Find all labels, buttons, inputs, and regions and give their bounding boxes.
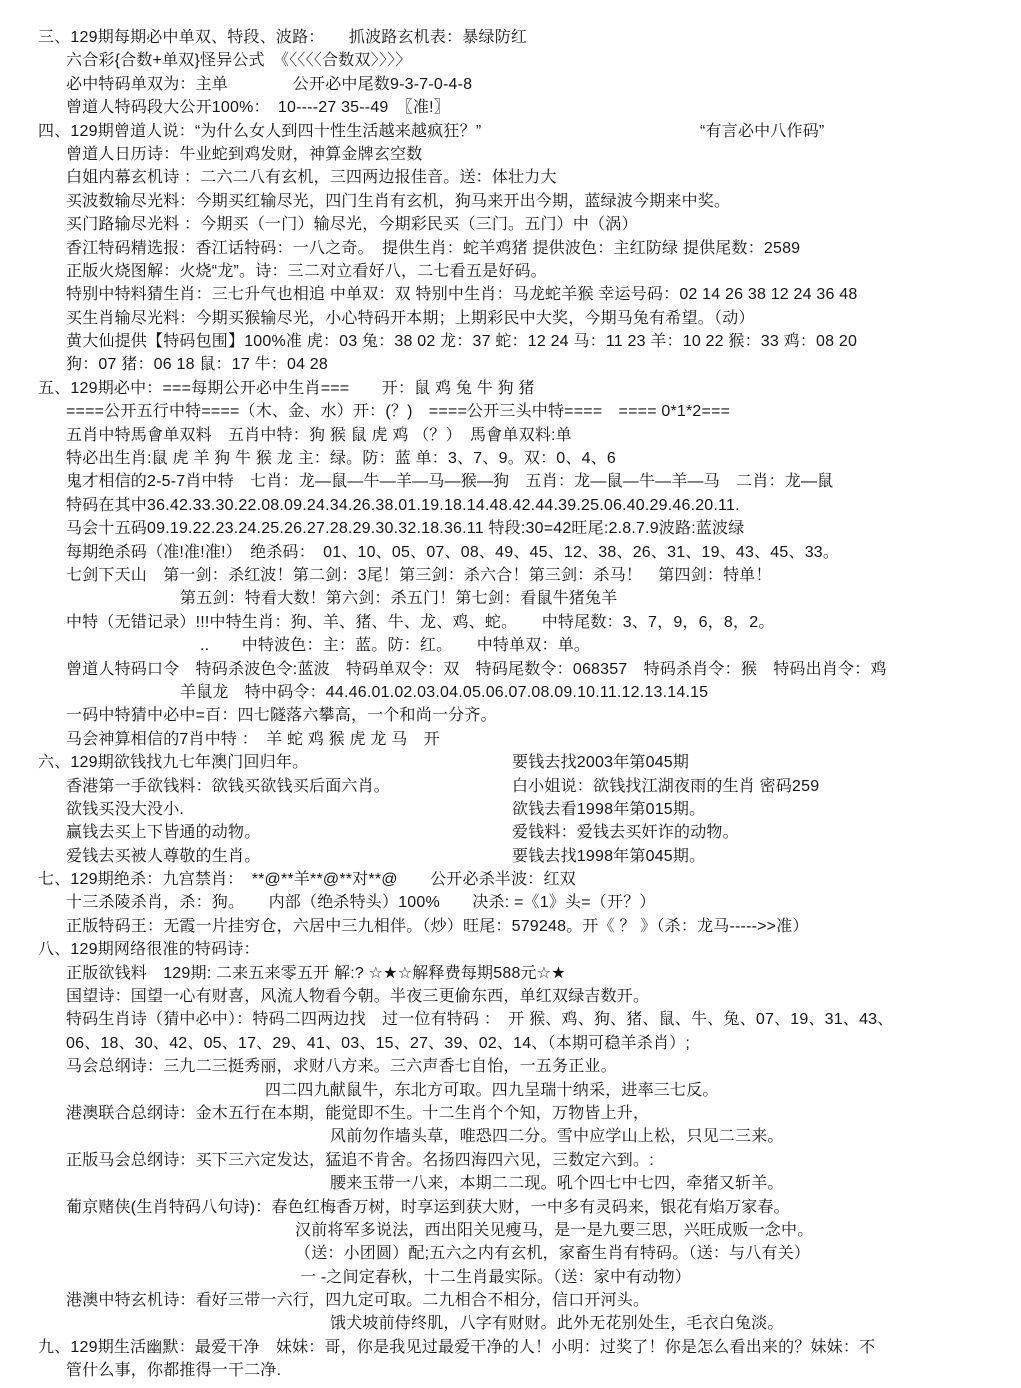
text-line: 曾道人日历诗：牛业蛇到鸡发财，神算金牌玄空数: [66, 143, 1021, 166]
section-5: 五、129期必中：===每期公开必中生肖=== 开：鼠 鸡 兔 牛 狗 猪 ==…: [38, 377, 1021, 751]
text-line: 六合彩{合数+单双}怪异公式 《〈〈〈〈合数双〉〉〉〉: [66, 49, 1021, 72]
text-line: 特必出生肖:鼠 虎 羊 狗 牛 猴 龙 主：绿。防：蓝 单：3、7、9。双：0、…: [66, 447, 1021, 470]
left-column-text: 爱钱去买被人尊敬的生肖。: [66, 845, 512, 868]
text-line: 06、18、30、42、05、17、29、41、03、15、27、39、02、1…: [66, 1032, 1021, 1055]
text-line: 马会总纲诗：三九二三挺秀丽，求财八方来。三六声香七自怡，一五务正业。: [66, 1055, 1021, 1078]
text-line: 曾道人特码口令 特码杀波色令:蓝波 特码单双令：双 特码尾数令：068357 特…: [66, 658, 1021, 681]
text-line: 买门路输尽光料 ：今期买（一门）输尽光，今期彩民买（三门。五门）中（涡）: [66, 213, 1021, 236]
text-line: 狗：07 猪：06 18 鼠：17 牛：04 28: [66, 353, 1021, 376]
text-line: 曾道人特码段大公开100%： 10----27 35--49 〖准!〗: [66, 96, 1021, 119]
section-4-header-left: 四、129期曾道人说：“为什么女人到四十性生活越来越疯狂？”: [38, 120, 700, 143]
text-line: 十三杀陵杀肖，杀：狗。 内部（绝杀特头）100% 决杀: =《1》头=（开？）: [66, 891, 1021, 914]
text-line: 八、129期网络很准的特码诗：: [38, 938, 1021, 961]
text-line: 港澳联合总纲诗：金木五行在本期，能觉即不生。十二生肖个个知，万物皆上升，: [66, 1102, 1021, 1125]
section-6: 六、129期欲钱找九七年澳门回归年。 要钱去找2003年第045期 香港第一手欲…: [38, 751, 1021, 868]
text-line: 六、129期欲钱找九七年澳门回归年。 要钱去找2003年第045期: [38, 751, 1021, 774]
text-line: 买生肖输尽光料：今期买猴输尽光，小心特码开本期；上期彩民中大奖，今期马兔有希望。…: [66, 307, 1021, 330]
text-line: 白姐内幕玄机诗 ：二六二八有玄机，三四两边报佳音。送：体壮力大: [66, 166, 1021, 189]
text-line: 腰来玉带一八来，本期二二现。吼个四七中七四，牵猪又斩羊。: [330, 1172, 1021, 1195]
text-line: 七剑下天山 第一剑：杀红波！第二剑：3尾！第三剑：杀六合！第三剑：杀马！ 第四剑…: [66, 564, 1021, 587]
document-page: 三、129期每期必中单双、特段、波路： 抓波路玄机表：暴绿防红 六合彩{合数+单…: [0, 0, 1021, 1383]
text-line: 国望诗：国望一心有财喜，风流人物看今朝。半夜三更偷东西，单红双绿吉数开。: [66, 985, 1021, 1008]
section-8: 八、129期网络很准的特码诗： 正版欲钱料 129期: 二来五来零五开 解:? …: [38, 938, 1021, 1336]
text-line: 特别中特料猜生肖：三七升气也相追 中单双：双 特别中生肖：马龙蛇羊猴 幸运号码：…: [66, 283, 1021, 306]
text-line: 汉前将军多说法，西出阳关见瘦马，是一是九要三思，兴旺成贩一念中。: [295, 1219, 1021, 1242]
section-7: 七、129期绝杀：九宫禁肖： **@**羊**@**对**@ 公开必杀半波：红双…: [38, 868, 1021, 938]
text-line: 管什么事，你都推得一干二净.: [66, 1359, 1021, 1382]
text-line: 马会神算相信的7肖中特 ： 羊 蛇 鸡 猴 虎 龙 马 开: [66, 728, 1021, 751]
right-column-text: 欲钱去看1998年第015期。: [512, 798, 705, 821]
text-line: 每期绝杀码（准!准!准!） 绝杀码： 01、10、05、07、08、49、45、…: [66, 541, 1021, 564]
text-line: 特码生肖诗（猜中必中）：特码二四两边找 过一位有特码 ： 开 猴、鸡、狗、猪、鼠…: [66, 1008, 1021, 1031]
text-line: 五肖中特馬會单双料 五肖中特：狗 猴 鼠 虎 鸡 （？） 馬會单双料:单: [66, 424, 1021, 447]
text-line: 港澳中特玄机诗：看好三带一六行，四九定可取。二九相合不相分，信口开河头。: [66, 1289, 1021, 1312]
right-column-text: 爱钱料：爱钱去买奸诈的动物。: [512, 821, 739, 844]
text-line: 马会十五码09.19.22.23.24.25.26.27.28.29.30.32…: [66, 517, 1021, 540]
right-column-text: 要钱去找1998年第045期。: [512, 845, 705, 868]
text-line: 一码中特猜中必中=百：四七隧落六攀高，一个和尚一分齐。: [66, 704, 1021, 727]
text-line: 香江特码精选报：香江话特码：一八之奇。 提供生肖：蛇羊鸡猪 提供波色：主红防绿 …: [66, 237, 1021, 260]
text-line: 香港第一手欲钱料：欲钱买欲钱买后面六肖。 白小姐说：欲钱找江湖夜雨的生肖 密码2…: [66, 775, 1021, 798]
left-column-text: 六、129期欲钱找九七年澳门回归年。: [38, 751, 512, 774]
section-3: 三、129期每期必中单双、特段、波路： 抓波路玄机表：暴绿防红 六合彩{合数+单…: [38, 26, 1021, 120]
left-column-text: 欲钱买没大没小.: [66, 798, 512, 821]
text-line: 第五剑：特看大数！第六剑：杀五门！第七剑：看鼠牛猪兔羊: [180, 587, 1021, 610]
text-line: 饿犬坡前侍终肌，八字有财财。此外无花别处生，毛衣白兔淡。: [330, 1312, 1021, 1335]
text-line: 黄大仙提供【特码包围】100%准 虎：03 兔：38 02 龙：37 蛇：12 …: [66, 330, 1021, 353]
text-line: 必中特码单双为：主单 公开必中尾数9-3-7-0-4-8: [66, 73, 1021, 96]
text-line: 爱钱去买被人尊敬的生肖。 要钱去找1998年第045期。: [66, 845, 1021, 868]
text-line: 正版火烧图解：火烧“龙”。诗：三二对立看好八，二七看五是好码。: [66, 260, 1021, 283]
text-line: .. 中特波色：主：蓝。防：红。 中特单双：单。: [200, 634, 1021, 657]
text-line: 四二四九献鼠牛，东北方可取。四九呈瑞十纳采，进率三七反。: [265, 1079, 1021, 1102]
text-line: 特码在其中36.42.33.30.22.08.09.24.34.26.38.01…: [66, 494, 1021, 517]
text-line: 欲钱买没大没小. 欲钱去看1998年第015期。: [66, 798, 1021, 821]
text-line: ====公开五行中特====（木、金、水）开：(？) ====公开三头中特===…: [66, 400, 1021, 423]
right-column-text: 要钱去找2003年第045期: [512, 751, 689, 774]
text-line: （送：小团圆）配;五六之内有玄机，家畜生肖有特码。（送：与八有关）: [295, 1242, 1021, 1265]
text-line: 三、129期每期必中单双、特段、波路： 抓波路玄机表：暴绿防红: [38, 26, 1021, 49]
text-line: 葡京赌侠(生肖特码八句诗)：春色红梅香万树，时享运到获大财，一中多有灵码来，银花…: [66, 1196, 1021, 1219]
text-line: 风前勿作墙头草，唯恐四二分。雪中应学山上松，只见二三来。: [330, 1125, 1021, 1148]
section-9: 九、129期生活幽默：最爱干净 妹妹：哥，你是我见过最爱干净的人！小明：过奖了！…: [38, 1336, 1021, 1383]
text-line: 正版欲钱料 129期: 二来五来零五开 解:? ☆★☆解释费每期588元☆★: [66, 962, 1021, 985]
text-line: 中特（无错记录）!!!中特生肖：狗、羊、猪、牛、龙、鸡、蛇。 中特尾数：3、7，…: [66, 611, 1021, 634]
text-line: 赢钱去买上下皆通的动物。 爱钱料：爱钱去买奸诈的动物。: [66, 821, 1021, 844]
text-line: 七、129期绝杀：九宫禁肖： **@**羊**@**对**@ 公开必杀半波：红双: [38, 868, 1021, 891]
text-line: 四、129期曾道人说：“为什么女人到四十性生活越来越疯狂？” “有言必中八作码”: [38, 120, 1021, 143]
right-column-text: 白小姐说：欲钱找江湖夜雨的生肖 密码259: [512, 775, 819, 798]
text-line: 买波数输尽光料：今期买红输尽光，四门生肖有玄机，狗马来开出今期，蓝绿波今期来中奖…: [66, 190, 1021, 213]
text-line: 正版特码王：无霞一片挂穷仓，六居中三九相伴。（炒）旺尾：579248。开《 ？ …: [66, 915, 1021, 938]
text-line: 一 -之间定春秋，十二生肖最实际。（送：家中有动物）: [300, 1266, 1021, 1289]
text-line: 九、129期生活幽默：最爱干净 妹妹：哥，你是我见过最爱干净的人！小明：过奖了！…: [38, 1336, 1021, 1359]
left-column-text: 赢钱去买上下皆通的动物。: [66, 821, 512, 844]
text-line: 正版马会总纲诗：买下三六定发达，猛追不肯舍。名扬四海四六见，三数定六到。:: [66, 1149, 1021, 1172]
text-line: 鬼才相信的2-5-7肖中特 七肖：龙—鼠—牛—羊—马—猴—狗 五肖：龙—鼠—牛—…: [66, 470, 1021, 493]
text-line: 五、129期必中：===每期公开必中生肖=== 开：鼠 鸡 兔 牛 狗 猪: [38, 377, 1021, 400]
text-line: 羊鼠龙 特中码令：44.46.01.02.03.04.05.06.07.08.0…: [180, 681, 1021, 704]
section-4: 四、129期曾道人说：“为什么女人到四十性生活越来越疯狂？” “有言必中八作码”…: [38, 120, 1021, 377]
section-4-header-right: “有言必中八作码”: [700, 120, 824, 143]
left-column-text: 香港第一手欲钱料：欲钱买欲钱买后面六肖。: [66, 775, 512, 798]
